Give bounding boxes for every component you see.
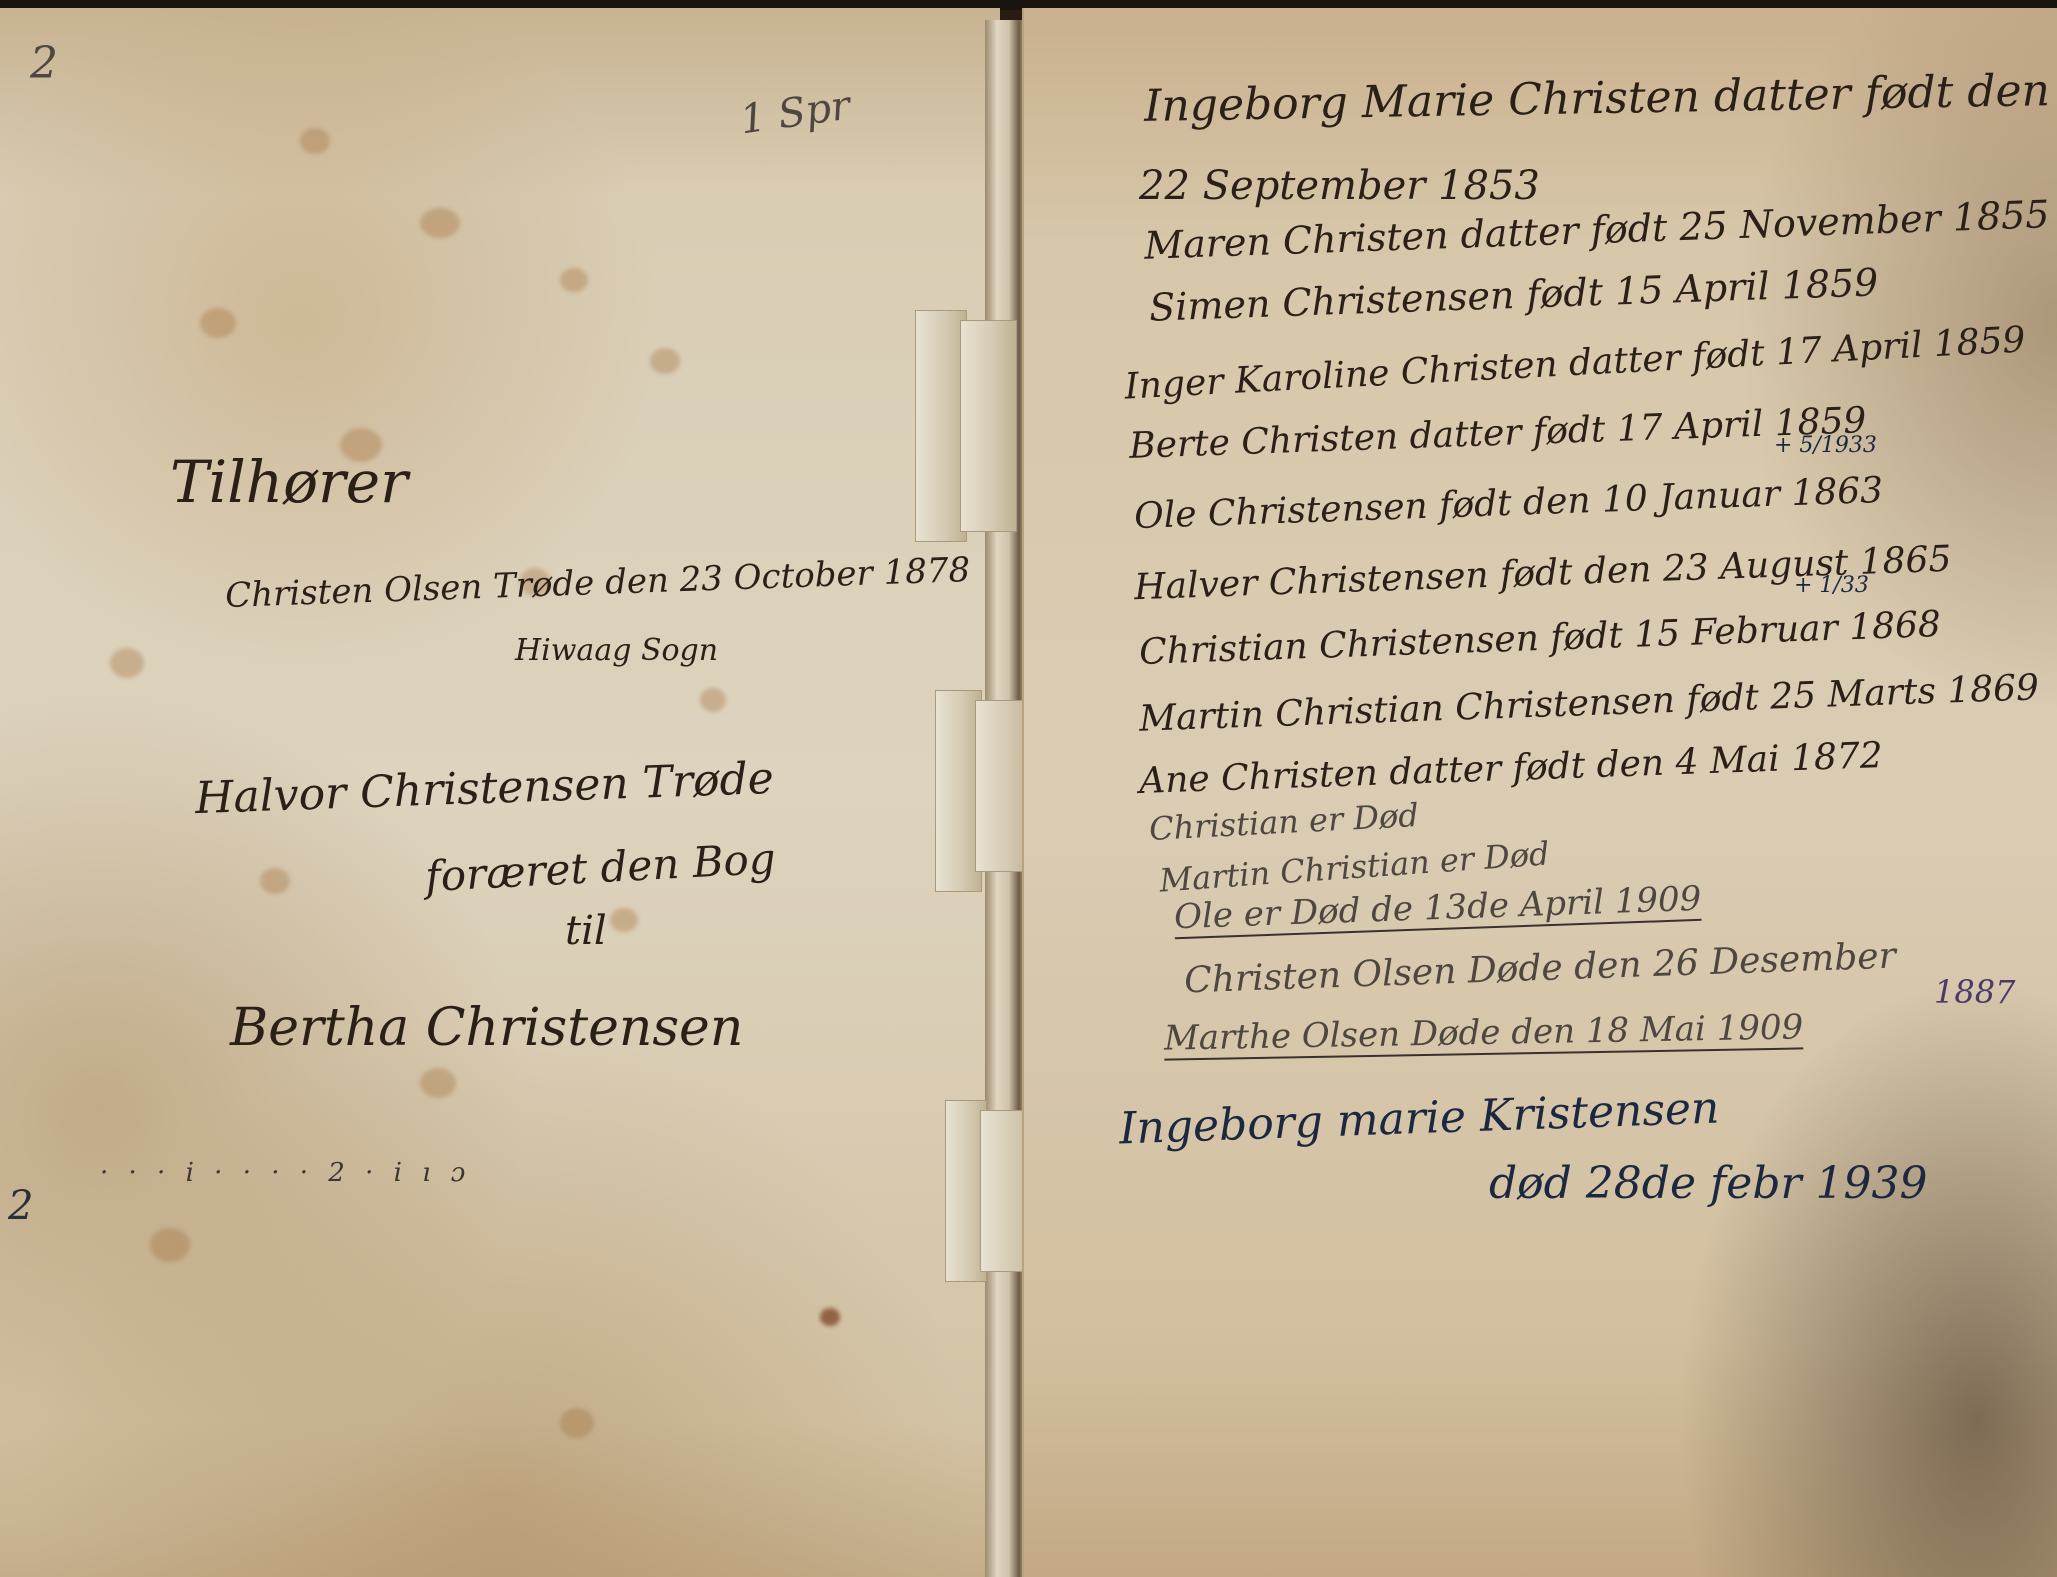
pencil-note-line: Marthe Olsen Døde den 18 Mai 1909 bbox=[1164, 1007, 1804, 1060]
dedication-line: foræret den Bog bbox=[424, 834, 777, 901]
pencil-note: 1 Spr bbox=[737, 83, 853, 144]
owner-line: Christen Olsen Trøde den 23 October 1878 bbox=[225, 550, 971, 616]
binding-tape bbox=[960, 320, 1017, 532]
entry-line: 22 September 1853 bbox=[1139, 163, 1540, 209]
edge-mark: 2 bbox=[8, 1183, 33, 1229]
giver-line: Halvor Christensen Trøde bbox=[194, 753, 774, 824]
entry-line: Ole Christensen født den 10 Januar 1863 bbox=[1134, 470, 1884, 537]
recipient-name: Bertha Christensen bbox=[230, 998, 743, 1058]
pencil-note-line: Christen Olsen Døde den 26 Desember bbox=[1184, 936, 1897, 1002]
faint-ink-marks: · · · i · · · · 2 · i ı ɔ bbox=[100, 1158, 471, 1188]
parish-line: Hiwaag Sogn bbox=[515, 633, 718, 668]
right-page: Ingeborg Marie Christen datter født den … bbox=[1022, 8, 2057, 1577]
dedication-to: til bbox=[565, 908, 607, 954]
entry-line: Martin Christian Christensen født 25 Mar… bbox=[1139, 667, 2040, 739]
corner-page-mark: 2 bbox=[30, 38, 58, 89]
death-annotation: + 1/33 bbox=[1794, 573, 1869, 598]
death-annotation: + 5/1933 bbox=[1774, 433, 1877, 458]
entry-line: Berte Christen datter født 17 April 1859 bbox=[1129, 400, 1867, 467]
ownership-heading: Tilhører bbox=[170, 448, 408, 516]
entry-line: Christian Christensen født 15 Februar 18… bbox=[1139, 604, 1942, 673]
entry-line: Ingeborg Marie Christen datter født den bbox=[1144, 65, 2051, 132]
year-annotation: 1887 bbox=[1934, 973, 2015, 1011]
entry-line: Ane Christen datter født den 4 Mai 1872 bbox=[1139, 735, 1884, 802]
open-book: 2 1 Spr Tilhører Christen Olsen Trøde de… bbox=[0, 0, 2057, 1577]
ink-note-line: død 28de febr 1939 bbox=[1489, 1158, 1927, 1209]
left-page: 2 1 Spr Tilhører Christen Olsen Trøde de… bbox=[0, 8, 1000, 1577]
pencil-note-line: Christian er Død bbox=[1148, 796, 1419, 848]
entry-line: Inger Karoline Christen datter født 17 A… bbox=[1124, 319, 2027, 407]
entry-line: Simen Christensen født 15 April 1859 bbox=[1148, 260, 1879, 329]
ink-note-line: Ingeborg marie Kristensen bbox=[1118, 1083, 1720, 1155]
